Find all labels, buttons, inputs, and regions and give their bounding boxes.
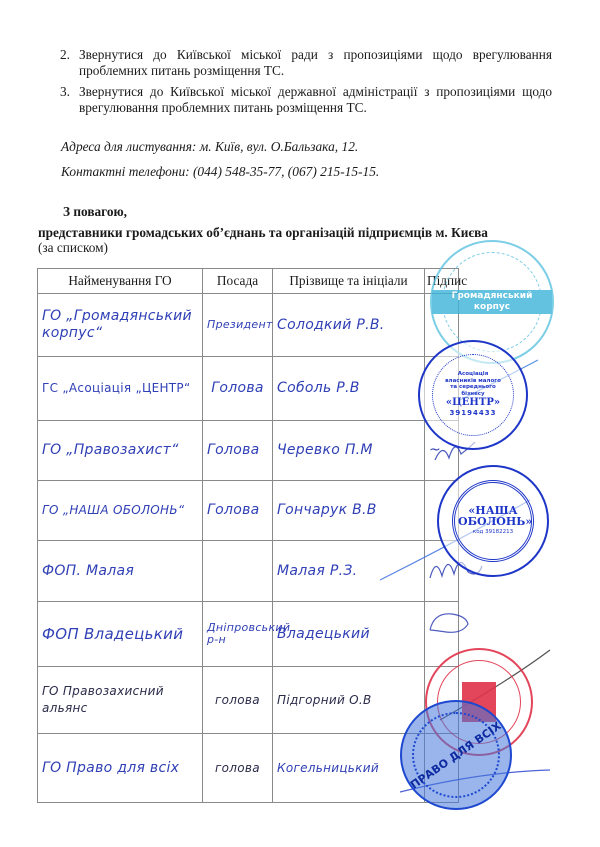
- signature-scribble: [430, 562, 482, 578]
- signature-scribble: [460, 360, 538, 400]
- signature-scribble: [400, 770, 550, 792]
- signature-scribble: [430, 614, 468, 633]
- signature-scribble: [380, 500, 530, 580]
- signatures-overlay: [0, 0, 600, 847]
- signature-scribble: [435, 442, 475, 460]
- signature-scribble: [440, 650, 550, 720]
